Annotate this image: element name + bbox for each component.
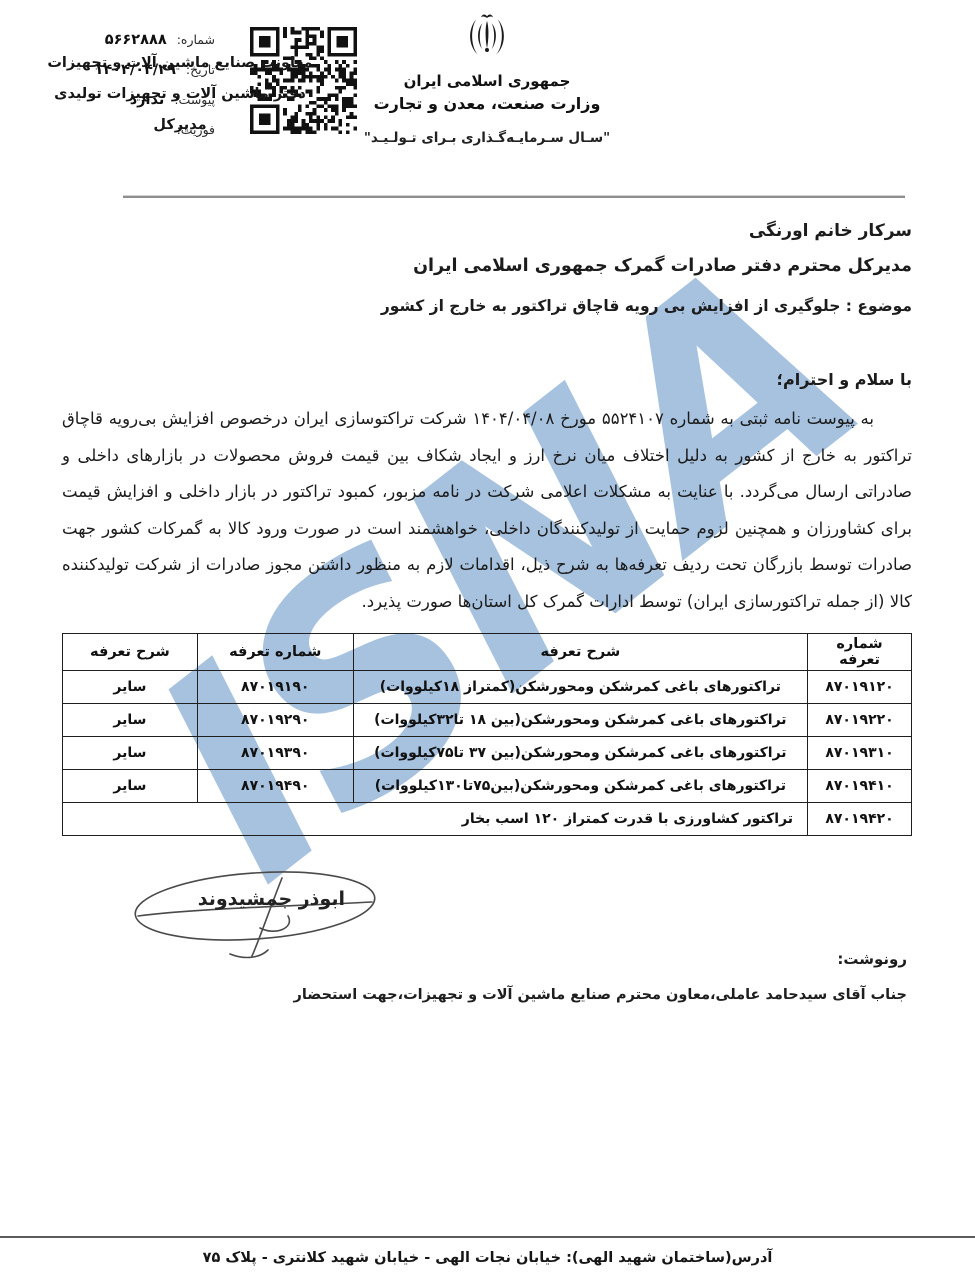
issuing-unit-block: معاونت صنایع ماشین آلات و تجهیزات دفتر م… <box>25 48 335 141</box>
tariff-code: ۸۷۰۱۹۳۱۰ <box>808 737 912 770</box>
letter-number-row: شماره: ۵۶۶۲۸۸۸ <box>50 32 215 48</box>
cc-recipient-line: جناب آقای سیدحامد عاملی،معاون محترم صنای… <box>293 987 907 1003</box>
iran-emblem-icon <box>464 8 510 66</box>
table-row: ۸۷۰۱۹۳۱۰ تراکتورهای باغی کمرشکن ومحورشکن… <box>63 737 912 770</box>
cc-label: رونوشت: <box>837 950 907 968</box>
table-row: ۸۷۰۱۹۴۲۰ تراکتور کشاورزی با قدرت کمتراز … <box>63 803 912 836</box>
tariff-code: ۸۷۰۱۹۱۹۰ <box>197 671 353 704</box>
salutation: با سلام و احترام؛ <box>777 370 912 389</box>
tariff-desc: تراکتورهای باغی کمرشکن ومحورشکن(بین۷۵تا۱… <box>353 770 807 803</box>
tariff-code: ۸۷۰۱۹۲۹۰ <box>197 704 353 737</box>
col-header-tariff-number-1: شماره تعرفه <box>808 634 912 671</box>
tariff-table: شماره تعرفه شرح تعرفه شماره تعرفه شرح تع… <box>62 633 912 836</box>
signature-block: ابوذر جمشیدوند <box>110 858 390 968</box>
tariff-desc: سایر <box>63 704 198 737</box>
org-ministry-name: وزارت صنعت، معدن و تجارت <box>362 92 612 116</box>
table-row: ۸۷۰۱۹۲۲۰ تراکتورهای باغی کمرشکن ومحورشکن… <box>63 704 912 737</box>
unit-office-line: دفتر ماشین آلات و تجهیزات تولیدی <box>25 79 335 110</box>
tariff-desc: تراکتورهای باغی کمرشکن ومحورشکن(بین ۳۷ ت… <box>353 737 807 770</box>
tariff-desc: تراکتور کشاورزی با قدرت کمتراز ۱۲۰ اسب ب… <box>63 803 808 836</box>
recipient-block: سرکار خانم اورنگی مدیرکل محترم دفتر صادر… <box>63 216 912 326</box>
footer-address: آدرس(ساختمان شهید الهی): خیابان نجات اله… <box>0 1250 975 1266</box>
recipient-name: سرکار خانم اورنگی <box>63 216 912 246</box>
table-row: ۸۷۰۱۹۱۲۰ تراکتورهای باغی کمرشکن ومحورشکن… <box>63 671 912 704</box>
tariff-desc: تراکتورهای باغی کمرشکن ومحورشکن(بین ۱۸ ت… <box>353 704 807 737</box>
unit-deputy-line: معاونت صنایع ماشین آلات و تجهیزات <box>25 48 335 79</box>
ministry-header-block: جمهوری اسلامی ایران وزارت صنعت، معدن و ت… <box>362 8 612 146</box>
unit-role-line: مدیرکل <box>25 110 335 141</box>
letter-subject: موضوع : جلوگیری از افزایش بی رویه قاچاق … <box>63 286 912 326</box>
tariff-code: ۸۷۰۱۹۴۲۰ <box>808 803 912 836</box>
tariff-desc: سایر <box>63 770 198 803</box>
tariff-table-header-row: شماره تعرفه شرح تعرفه شماره تعرفه شرح تع… <box>63 634 912 671</box>
tariff-code: ۸۷۰۱۹۱۲۰ <box>808 671 912 704</box>
tariff-code: ۸۷۰۱۹۳۹۰ <box>197 737 353 770</box>
recipient-title: مدیرکل محترم دفتر صادرات گمرک جمهوری اسل… <box>63 246 912 286</box>
tariff-code: ۸۷۰۱۹۲۲۰ <box>808 704 912 737</box>
table-row: ۸۷۰۱۹۴۱۰ تراکتورهای باغی کمرشکن ومحورشکن… <box>63 770 912 803</box>
letter-body-paragraph: به پیوست نامه ثبتی به شماره ۵۵۲۴۱۰۷ مورخ… <box>62 401 912 620</box>
col-header-tariff-desc-1: شرح تعرفه <box>353 634 807 671</box>
tariff-desc: سایر <box>63 671 198 704</box>
signature-scribble <box>110 858 390 968</box>
header-divider <box>123 195 905 198</box>
tariff-desc: سایر <box>63 737 198 770</box>
tariff-desc: تراکتورهای باغی کمرشکن ومحورشکن(کمتراز ۱… <box>353 671 807 704</box>
official-letter-page: ISNA شماره: ۵۶۶۲۸۸۸ تاریخ: ۱۴۰۴/۰۴/۲۹ پی… <box>0 0 975 1280</box>
letter-number-value: ۵۶۶۲۸۸۸ <box>105 32 167 48</box>
org-country-name: جمهوری اسلامی ایران <box>362 70 612 92</box>
tariff-code: ۸۷۰۱۹۴۱۰ <box>808 770 912 803</box>
footer-divider <box>0 1236 975 1238</box>
org-year-slogan: "سـال سـرمایـه‌گـذاری بـرای تـولـیـد" <box>362 130 612 146</box>
signer-name: ابوذر جمشیدوند <box>198 888 345 910</box>
col-header-tariff-desc-2: شرح تعرفه <box>63 634 198 671</box>
letter-number-label: شماره: <box>177 32 215 47</box>
tariff-code: ۸۷۰۱۹۴۹۰ <box>197 770 353 803</box>
col-header-tariff-number-2: شماره تعرفه <box>197 634 353 671</box>
